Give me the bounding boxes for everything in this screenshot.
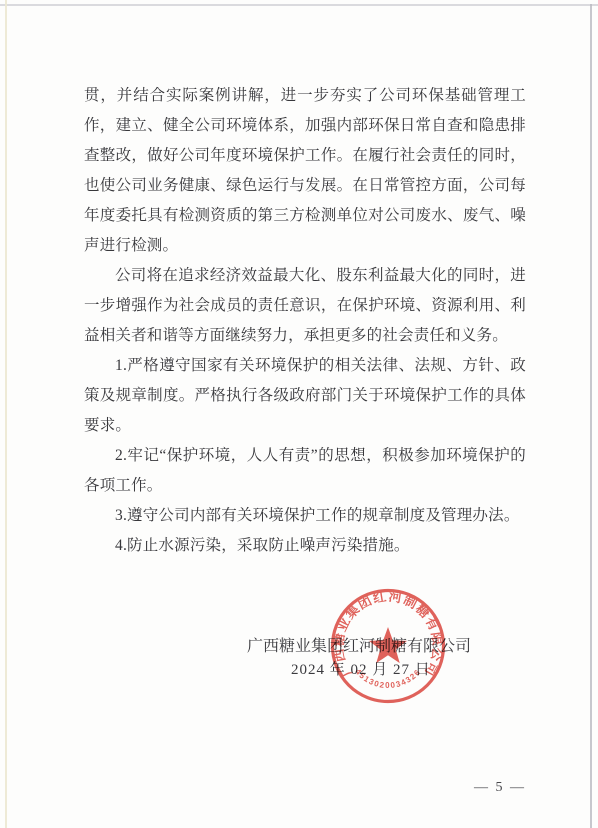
paragraph-item-4: 4.防止水源污染，采取防止噪声污染措施。 [84,531,526,561]
document-body-text: 贯，并结合实际案例讲解，进一步夯实了公司环保基础管理工作，建立、健全公司环境体系… [84,81,526,561]
paragraph-item-1: 1.严格遵守国家有关环境保护的相关法律、法规、方针、政策及规章制度。严格执行各级… [84,351,526,441]
paragraph-item-3: 3.遵守公司内部有关环境保护工作的规章制度及管理办法。 [84,501,526,531]
page-number: — 5 — [450,780,550,796]
paragraph-commitment: 公司将在追求经济效益最大化、股东利益最大化的同时，进一步增强作为社会成员的责任意… [84,261,526,351]
scan-edge-right-line [590,4,592,828]
paragraph-continuation: 贯，并结合实际案例讲解，进一步夯实了公司环保基础管理工作，建立、健全公司环境体系… [84,81,526,261]
seal-registration-number: 4513020034326 [353,667,422,690]
scan-edge-left-line [5,0,7,828]
scan-edge-top-line [0,4,598,6]
company-seal-stamp: 广西糖业集团红河制糖有限公司 4513020034326 [326,584,450,708]
scanned-document-page: 贯，并结合实际案例讲解，进一步夯实了公司环保基础管理工作，建立、健全公司环境体系… [0,0,598,828]
seal-star-icon [369,627,407,663]
paragraph-item-2: 2.牢记“保护环境，人人有责”的思想，积极参加环境保护的各项工作。 [84,441,526,501]
